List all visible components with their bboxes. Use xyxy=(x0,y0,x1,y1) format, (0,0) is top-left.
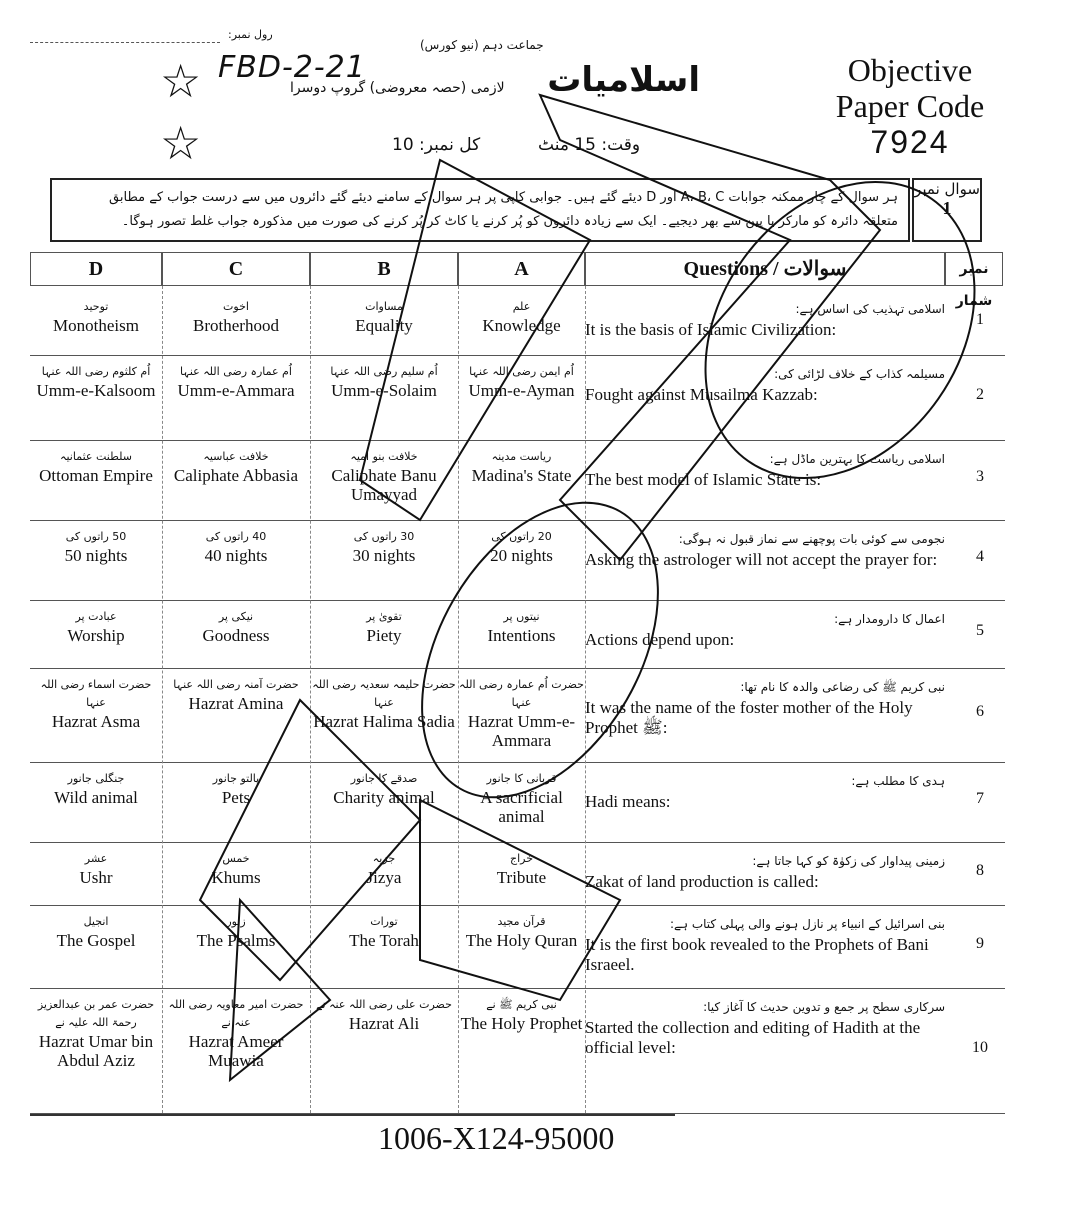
option-b-cell: حضرت حلیمہ سعدیہ رضی اللہ عنہاHazrat Hal… xyxy=(310,676,458,731)
instructions-box: ہر سوال کے چار ممکنہ جوابات A، B، C اور … xyxy=(50,178,910,242)
option-a-cell: علمKnowledge xyxy=(458,298,585,335)
serial-number: 1 xyxy=(965,311,995,329)
question-english-text: It is the basis of Islamic Civilization: xyxy=(585,320,836,339)
option-english-text: Equality xyxy=(355,316,413,335)
option-urdu-text: حضرت عمر بن عبدالعزیز رحمۃ اللہ علیہ نے xyxy=(30,996,162,1032)
option-b-cell: حضرت علی رضی اللہ عنہ نےHazrat Ali xyxy=(310,996,458,1033)
option-urdu-text: علم xyxy=(458,298,585,316)
option-a-cell: خراجTribute xyxy=(458,850,585,887)
option-c-cell: نیکی پرGoodness xyxy=(162,608,310,645)
question-cell: نجومی سے کوئی بات پوچھنے سے نماز قبول نہ… xyxy=(585,528,945,570)
option-english-text: Piety xyxy=(367,626,402,645)
question-english-text: Hadi means: xyxy=(585,792,670,811)
serial-number: 8 xyxy=(965,862,995,880)
option-urdu-text: حضرت اسماء رضی اللہ عنہا xyxy=(30,676,162,712)
option-c-cell: اخوتBrotherhood xyxy=(162,298,310,335)
option-a-cell: اُم ایمن رضی اللہ عنہاUmm-e-Ayman xyxy=(458,363,585,400)
option-english-text: 50 nights xyxy=(65,546,128,565)
table-row: انجیلThe GospelزبورThe PsalmsتوراتThe To… xyxy=(30,905,1005,989)
option-english-text: Hazrat Amina xyxy=(189,694,284,713)
column-divider xyxy=(458,286,459,1113)
option-b-cell: توراتThe Torah xyxy=(310,913,458,950)
question-english-text: It was the name of the foster mother of … xyxy=(585,698,913,737)
option-a-cell: نبی کریم ﷺ نےThe Holy Prophet xyxy=(458,996,585,1033)
option-a-cell: نیتوں پرIntentions xyxy=(458,608,585,645)
question-cell: اسلامی ریاست کا بہترین ماڈل ہے:The best … xyxy=(585,448,945,490)
option-c-cell: خلافت عباسیہCaliphate Abbasia xyxy=(162,448,310,485)
option-c-cell: حضرت امیر معاویہ رضی اللہ عنہ نےHazrat A… xyxy=(162,996,310,1070)
table-row: عبادت پرWorshipنیکی پرGoodnessتقویٰ پرPi… xyxy=(30,600,1005,669)
option-english-text: Pets xyxy=(222,788,250,807)
serial-number: 6 xyxy=(965,703,995,721)
question-urdu-text: نجومی سے کوئی بات پوچھنے سے نماز قبول نہ… xyxy=(585,528,945,550)
option-c-cell: حضرت آمنہ رضی اللہ عنہاHazrat Amina xyxy=(162,676,310,713)
option-urdu-text: حضرت علی رضی اللہ عنہ نے xyxy=(310,996,458,1014)
table-row: حضرت اسماء رضی اللہ عنہاHazrat Asmaحضرت … xyxy=(30,668,1005,763)
question-cell: اعمال کا دارومدار ہے:Actions depend upon… xyxy=(585,608,945,650)
option-c-cell: خمسKhums xyxy=(162,850,310,887)
instructions-line-2: متعلقہ دائرہ کو مارکر یا پین سے بھر دیجی… xyxy=(62,210,898,234)
table-row: توحیدMonotheismاخوتBrotherhoodمساواتEqua… xyxy=(30,290,1005,356)
option-c-cell: زبورThe Psalms xyxy=(162,913,310,950)
option-c-cell: اُم عمارہ رضی اللہ عنہاUmm-e-Ammara xyxy=(162,363,310,400)
option-urdu-text: اُم ایمن رضی اللہ عنہا xyxy=(458,363,585,381)
total-marks: کل نمبر: 10 xyxy=(392,135,480,155)
option-d-cell: اُم کلثوم رضی اللہ عنہاUmm-e-Kalsoom xyxy=(30,363,162,400)
option-english-text: Ushr xyxy=(79,868,112,887)
option-urdu-text: خلافت عباسیہ xyxy=(162,448,310,466)
question-english-text: Fought against Musailma Kazzab: xyxy=(585,385,818,404)
option-english-text: Hazrat Ali xyxy=(349,1014,419,1033)
instructions-text: ہر سوال کے چار ممکنہ جوابات A، B، C اور … xyxy=(62,186,898,234)
subject-name: اسلامیات xyxy=(547,60,700,100)
paper-code-block: Objective Paper Code 7924 xyxy=(820,52,1000,160)
option-c-cell: پالتو جانورPets xyxy=(162,770,310,807)
option-b-cell: تقویٰ پرPiety xyxy=(310,608,458,645)
option-b-cell: صدقے کا جانورCharity animal xyxy=(310,770,458,807)
question-number-label: سوال نمبر xyxy=(914,180,980,198)
instructions-line-1: ہر سوال کے چار ممکنہ جوابات A، B، C اور … xyxy=(62,186,898,210)
option-b-cell: خلافت بنو امیہCaliphate Banu Umayyad xyxy=(310,448,458,504)
option-urdu-text: زبور xyxy=(162,913,310,931)
option-urdu-text: حضرت حلیمہ سعدیہ رضی اللہ عنہا xyxy=(310,676,458,712)
objective-label: Objective xyxy=(820,52,1000,88)
option-urdu-text: عشر xyxy=(30,850,162,868)
option-urdu-text: حضرت امیر معاویہ رضی اللہ عنہ نے xyxy=(162,996,310,1032)
table-row: جنگلی جانورWild animalپالتو جانورPetsصدق… xyxy=(30,762,1005,843)
option-english-text: Hazrat Ameer Muawia xyxy=(189,1032,284,1070)
question-urdu-text: اسلامی ریاست کا بہترین ماڈل ہے: xyxy=(585,448,945,470)
serial-number: 5 xyxy=(965,622,995,640)
table-row: 50 راتوں کی50 nights40 راتوں کی40 nights… xyxy=(30,520,1005,601)
header-option-c: C xyxy=(162,252,310,286)
question-cell: مسیلمہ کذاب کے خلاف لڑائی کی:Fought agai… xyxy=(585,363,945,405)
option-english-text: Intentions xyxy=(488,626,556,645)
option-urdu-text: سلطنت عثمانیہ xyxy=(30,448,162,466)
question-english-text: Zakat of land production is called: xyxy=(585,872,819,891)
header-option-b: B xyxy=(310,252,458,286)
option-english-text: Caliphate Abbasia xyxy=(174,466,298,485)
option-d-cell: انجیلThe Gospel xyxy=(30,913,162,950)
option-a-cell: قرآن مجیدThe Holy Quran xyxy=(458,913,585,950)
option-english-text: Khums xyxy=(211,868,260,887)
header-serial: نمبر شمار xyxy=(945,252,1003,286)
option-urdu-text: خلافت بنو امیہ xyxy=(310,448,458,466)
question-english-text: The best model of Islamic State is: xyxy=(585,470,821,489)
option-urdu-text: 30 راتوں کی xyxy=(310,528,458,546)
serial-number: 3 xyxy=(965,468,995,486)
question-urdu-text: مسیلمہ کذاب کے خلاف لڑائی کی: xyxy=(585,363,945,385)
option-english-text: Charity animal xyxy=(333,788,435,807)
question-english-text: Asking the astrologer will not accept th… xyxy=(585,550,937,569)
option-b-cell: مساواتEquality xyxy=(310,298,458,335)
paper-code: 7924 xyxy=(820,124,1000,160)
option-urdu-text: تقویٰ پر xyxy=(310,608,458,626)
option-english-text: Tribute xyxy=(497,868,546,887)
question-cell: نبی کریم ﷺ کی رضاعی والدہ کا نام تھا:It … xyxy=(585,676,945,738)
option-english-text: The Torah xyxy=(349,931,419,950)
roll-number-line xyxy=(30,42,220,43)
question-number-box: سوال نمبر 1 xyxy=(912,178,982,242)
column-divider xyxy=(585,286,586,1113)
option-urdu-text: خمس xyxy=(162,850,310,868)
option-urdu-text: نبی کریم ﷺ نے xyxy=(458,996,585,1014)
table-row: حضرت عمر بن عبدالعزیز رحمۃ اللہ علیہ نےH… xyxy=(30,988,1005,1114)
option-english-text: Umm-e-Ammara xyxy=(177,381,294,400)
serial-number: 9 xyxy=(965,935,995,953)
question-urdu-text: اسلامی تہذیب کی اساس ہے: xyxy=(585,298,945,320)
option-english-text: Hazrat Umar bin Abdul Aziz xyxy=(39,1032,153,1070)
question-cell: زمینی پیداوار کی زکوٰۃ کو کہا جاتا ہے:Za… xyxy=(585,850,945,892)
header-option-d: D xyxy=(30,252,162,286)
option-english-text: Wild animal xyxy=(54,788,138,807)
option-english-text: A sacrificial animal xyxy=(480,788,563,826)
option-urdu-text: خراج xyxy=(458,850,585,868)
option-urdu-text: حضرت اُم عمارہ رضی اللہ عنہا xyxy=(458,676,585,712)
option-urdu-text: اُم عمارہ رضی اللہ عنہا xyxy=(162,363,310,381)
star-icon: ☆ xyxy=(160,58,201,104)
question-english-text: Started the collection and editing of Ha… xyxy=(585,1018,920,1057)
question-urdu-text: اعمال کا دارومدار ہے: xyxy=(585,608,945,630)
option-urdu-text: تورات xyxy=(310,913,458,931)
option-urdu-text: پالتو جانور xyxy=(162,770,310,788)
option-english-text: 20 nights xyxy=(490,546,553,565)
option-b-cell: 30 راتوں کی30 nights xyxy=(310,528,458,565)
star-icon: ☆ xyxy=(160,120,201,166)
option-urdu-text: قربانی کا جانور xyxy=(458,770,585,788)
option-english-text: Worship xyxy=(67,626,124,645)
question-urdu-text: بنی اسرائیل کے انبیاء پر نازل ہونے والی … xyxy=(585,913,945,935)
option-english-text: 30 nights xyxy=(353,546,416,565)
option-urdu-text: عبادت پر xyxy=(30,608,162,626)
option-english-text: Umm-e-Kalsoom xyxy=(37,381,156,400)
option-urdu-text: اُم کلثوم رضی اللہ عنہا xyxy=(30,363,162,381)
question-english-text: It is the first book revealed to the Pro… xyxy=(585,935,929,974)
option-a-cell: ریاست مدینہMadina's State xyxy=(458,448,585,485)
option-urdu-text: جزیہ xyxy=(310,850,458,868)
question-urdu-text: زمینی پیداوار کی زکوٰۃ کو کہا جاتا ہے: xyxy=(585,850,945,872)
question-cell: بنی اسرائیل کے انبیاء پر نازل ہونے والی … xyxy=(585,913,945,975)
footer-divider xyxy=(30,1114,675,1116)
subject-suffix: لازمی (حصہ معروضی) گروپ دوسرا xyxy=(290,80,505,96)
option-urdu-text: نیتوں پر xyxy=(458,608,585,626)
option-english-text: Madina's State xyxy=(472,466,572,485)
option-d-cell: حضرت اسماء رضی اللہ عنہاHazrat Asma xyxy=(30,676,162,731)
option-english-text: Brotherhood xyxy=(193,316,279,335)
option-b-cell: جزیہJizya xyxy=(310,850,458,887)
column-divider xyxy=(162,286,163,1113)
header-option-a: A xyxy=(458,252,585,286)
time-allowed: وقت: 15 منٹ xyxy=(538,135,640,155)
option-a-cell: حضرت اُم عمارہ رضی اللہ عنہاHazrat Umm-e… xyxy=(458,676,585,750)
serial-number: 2 xyxy=(965,386,995,404)
option-urdu-text: اُم سلیم رضی اللہ عنہا xyxy=(310,363,458,381)
option-d-cell: حضرت عمر بن عبدالعزیز رحمۃ اللہ علیہ نےH… xyxy=(30,996,162,1070)
option-urdu-text: اخوت xyxy=(162,298,310,316)
serial-number: 4 xyxy=(965,548,995,566)
option-urdu-text: 20 راتوں کی xyxy=(458,528,585,546)
question-cell: ہدی کا مطلب ہے:Hadi means: xyxy=(585,770,945,812)
question-cell: سرکاری سطح پر جمع و تدوین حدیث کا آغاز ک… xyxy=(585,996,945,1058)
option-english-text: 40 nights xyxy=(205,546,268,565)
roll-number-label: رول نمبر: xyxy=(228,28,273,41)
option-d-cell: سلطنت عثمانیہOttoman Empire xyxy=(30,448,162,485)
question-cell: اسلامی تہذیب کی اساس ہے:It is the basis … xyxy=(585,298,945,340)
option-english-text: The Holy Prophet xyxy=(461,1014,583,1033)
option-d-cell: 50 راتوں کی50 nights xyxy=(30,528,162,565)
footer-code: 1006-X124-95000 xyxy=(378,1120,614,1157)
option-english-text: Knowledge xyxy=(482,316,560,335)
question-english-text: Actions depend upon: xyxy=(585,630,734,649)
option-urdu-text: قرآن مجید xyxy=(458,913,585,931)
question-urdu-text: سرکاری سطح پر جمع و تدوین حدیث کا آغاز ک… xyxy=(585,996,945,1018)
option-english-text: Jizya xyxy=(367,868,402,887)
question-urdu-text: نبی کریم ﷺ کی رضاعی والدہ کا نام تھا: xyxy=(585,676,945,698)
serial-number: 10 xyxy=(965,1039,995,1057)
option-english-text: The Psalms xyxy=(197,931,276,950)
option-english-text: Ottoman Empire xyxy=(39,466,153,485)
option-urdu-text: توحید xyxy=(30,298,162,316)
option-urdu-text: 50 راتوں کی xyxy=(30,528,162,546)
option-urdu-text: حضرت آمنہ رضی اللہ عنہا xyxy=(162,676,310,694)
question-urdu-text: ہدی کا مطلب ہے: xyxy=(585,770,945,792)
option-english-text: Goodness xyxy=(202,626,269,645)
table-row: عشرUshrخمسKhumsجزیہJizyaخراجTributeزمینی… xyxy=(30,842,1005,906)
option-english-text: The Gospel xyxy=(57,931,136,950)
paper-code-label: Paper Code xyxy=(820,88,1000,124)
option-english-text: Hazrat Umm-e-Ammara xyxy=(468,712,575,750)
column-divider xyxy=(310,286,311,1113)
option-english-text: Umm-e-Ayman xyxy=(468,381,574,400)
option-urdu-text: انجیل xyxy=(30,913,162,931)
option-urdu-text: نیکی پر xyxy=(162,608,310,626)
option-english-text: Umm-e-Solaim xyxy=(331,381,437,400)
option-b-cell: اُم سلیم رضی اللہ عنہاUmm-e-Solaim xyxy=(310,363,458,400)
header-questions: Questions / سوالات xyxy=(585,252,945,286)
option-urdu-text: مساوات xyxy=(310,298,458,316)
option-urdu-text: جنگلی جانور xyxy=(30,770,162,788)
option-d-cell: جنگلی جانورWild animal xyxy=(30,770,162,807)
option-d-cell: عبادت پرWorship xyxy=(30,608,162,645)
serial-number: 7 xyxy=(965,790,995,808)
option-english-text: Hazrat Halima Sadia xyxy=(313,712,455,731)
option-c-cell: 40 راتوں کی40 nights xyxy=(162,528,310,565)
option-english-text: Monotheism xyxy=(53,316,139,335)
question-number: 1 xyxy=(914,198,980,219)
option-d-cell: عشرUshr xyxy=(30,850,162,887)
option-urdu-text: 40 راتوں کی xyxy=(162,528,310,546)
option-english-text: Caliphate Banu Umayyad xyxy=(331,466,436,504)
option-urdu-text: صدقے کا جانور xyxy=(310,770,458,788)
option-a-cell: قربانی کا جانورA sacrificial animal xyxy=(458,770,585,826)
table-row: سلطنت عثمانیہOttoman Empireخلافت عباسیہC… xyxy=(30,440,1005,521)
class-line: جماعت دہم (نیو کورس) xyxy=(420,38,544,52)
table-row: اُم کلثوم رضی اللہ عنہاUmm-e-Kalsoomاُم … xyxy=(30,355,1005,441)
option-urdu-text: ریاست مدینہ xyxy=(458,448,585,466)
option-d-cell: توحیدMonotheism xyxy=(30,298,162,335)
option-english-text: Hazrat Asma xyxy=(52,712,140,731)
option-english-text: The Holy Quran xyxy=(466,931,577,950)
option-a-cell: 20 راتوں کی20 nights xyxy=(458,528,585,565)
